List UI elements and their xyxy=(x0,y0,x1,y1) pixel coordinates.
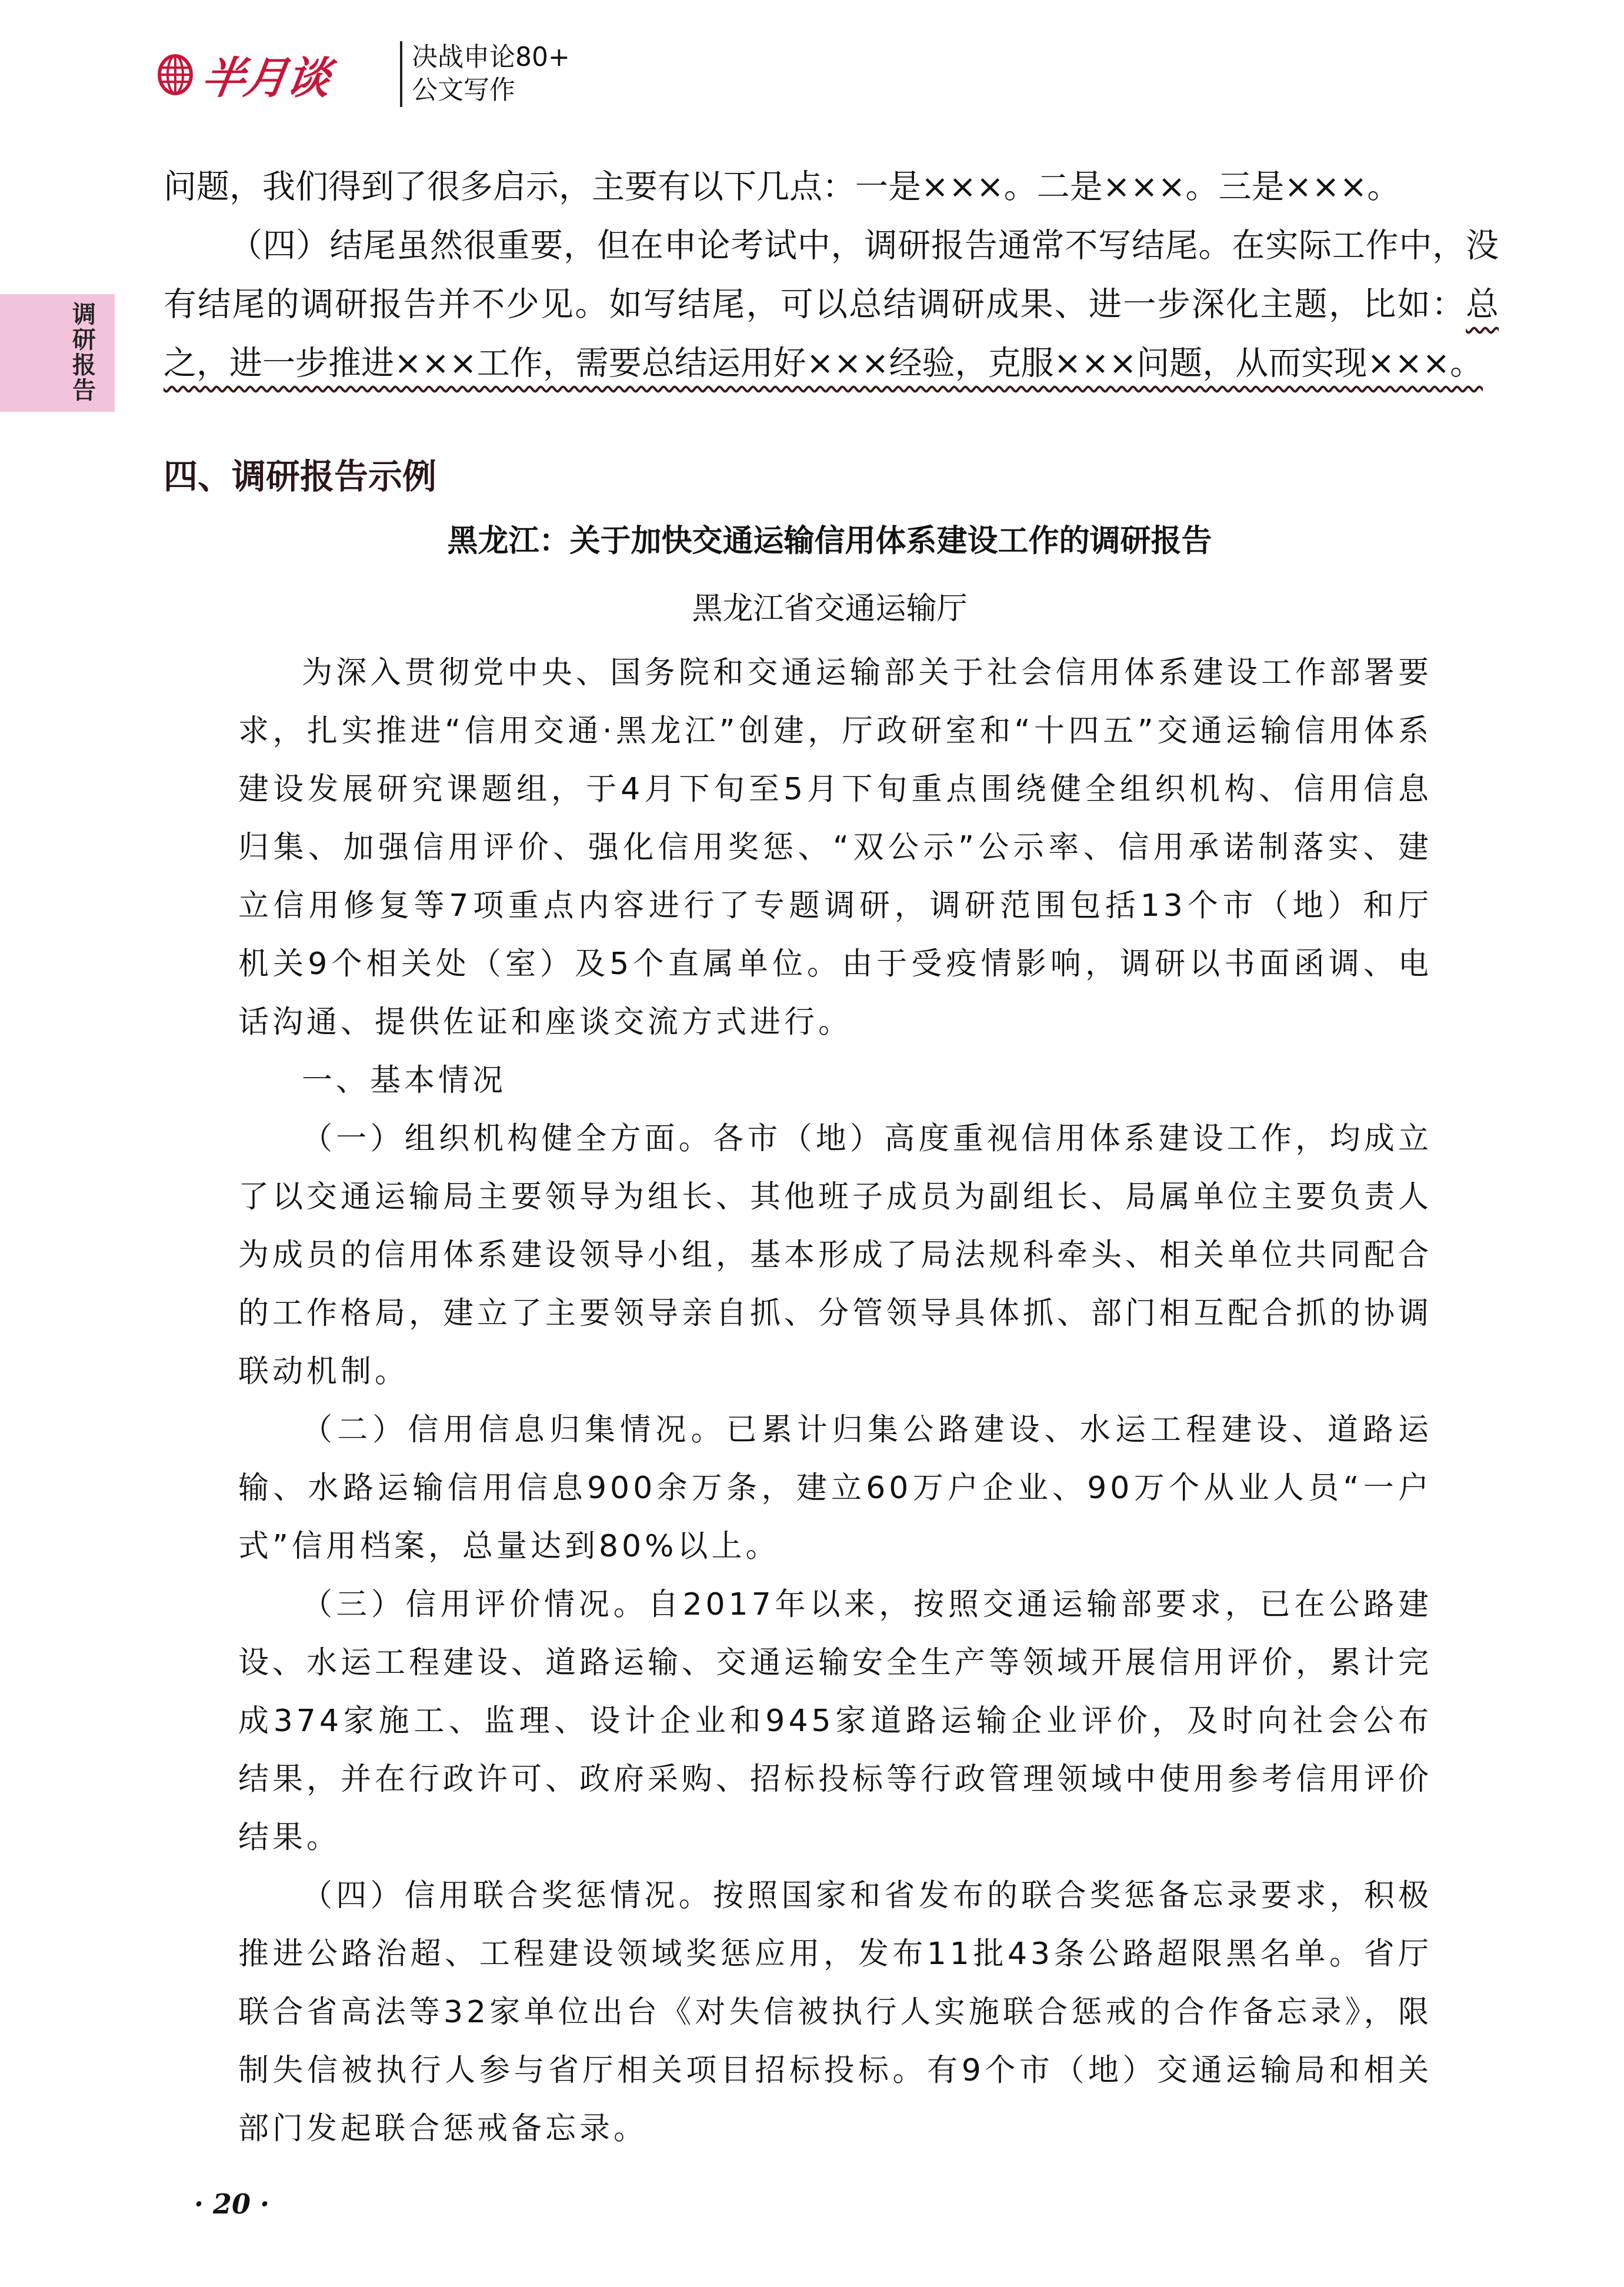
report-author: 黑龙江省交通运输厅 xyxy=(0,582,1624,635)
tagline-line-1: 决战申论80+ xyxy=(412,41,570,74)
page-number: · 20 · xyxy=(194,2188,269,2220)
report-title: 黑龙江：关于加快交通运输信用体系建设工作的调研报告 xyxy=(0,515,1624,568)
report-paragraph-rewards-penalties: （四）信用联合奖惩情况。按照国家和省发布的联合奖惩备忘录要求，积极推进公路治超、… xyxy=(238,1867,1432,2158)
upper-paragraph-2: （四）结尾虽然很重要，但在申论考试中，调研报告通常不写结尾。在实际工作中，没有结… xyxy=(164,216,1499,393)
brand-logo: 半月谈 xyxy=(158,42,329,107)
tagline-line-2: 公文写作 xyxy=(412,74,570,107)
upper-text-block: 问题，我们得到了很多启示，主要有以下几点：一是×××。二是×××。三是×××。 … xyxy=(164,158,1499,393)
report-paragraph-evaluation: （三）信用评价情况。自2017年以来，按照交通运输部要求，已在公路建设、水运工程… xyxy=(238,1576,1432,1867)
section-heading: 四、调研报告示例 xyxy=(164,450,436,503)
report-subheading-basic: 一、基本情况 xyxy=(238,1052,1432,1110)
upper-paragraph-1: 问题，我们得到了很多启示，主要有以下几点：一是×××。二是×××。三是×××。 xyxy=(164,158,1499,216)
chapter-side-tab: 调研报告 xyxy=(0,294,115,412)
report-body: 为深入贯彻党中央、国务院和交通运输部关于社会信用体系建设工作部署要求，扎实推进“… xyxy=(238,644,1432,2158)
header-divider xyxy=(400,41,402,107)
conclusion-note: （四）结尾虽然很重要，但在申论考试中，调研报告通常不写结尾。在实际工作中，没有结… xyxy=(164,226,1499,324)
header-tagline: 决战申论80+ 公文写作 xyxy=(412,41,570,107)
brand-name: 半月谈 xyxy=(198,44,334,106)
report-paragraph-intro: 为深入贯彻党中央、国务院和交通运输部关于社会信用体系建设工作部署要求，扎实推进“… xyxy=(238,644,1432,1052)
report-paragraph-info-collection: （二）信用信息归集情况。已累计归集公路建设、水运工程建设、道路运输、水路运输信用… xyxy=(238,1401,1432,1576)
globe-icon xyxy=(158,54,194,96)
side-tab-label: 调研报告 xyxy=(71,302,97,404)
report-paragraph-organization: （一）组织机构健全方面。各市（地）高度重视信用体系建设工作，均成立了以交通运输局… xyxy=(238,1110,1432,1401)
